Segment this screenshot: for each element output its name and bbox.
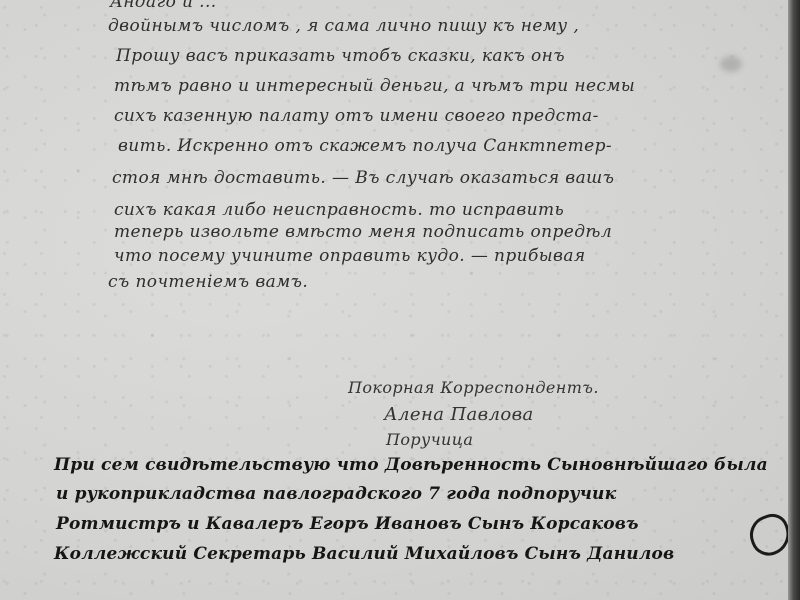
signature-title: Поручица bbox=[386, 430, 473, 449]
ink-stain bbox=[720, 56, 742, 72]
page-edge bbox=[788, 0, 800, 600]
body-line-4: сихъ казенную палату отъ имени своего пр… bbox=[114, 106, 599, 126]
body-line-3: тѣмъ равно и интересный деньги, а чѣмъ т… bbox=[114, 76, 635, 96]
attestation-line-3: Коллежский Секретарь Василий Михайловъ С… bbox=[54, 544, 674, 564]
signature-closing: Покорная Корреспондентъ. bbox=[348, 378, 599, 397]
body-line-9: что посему учините оправить кудо. — приб… bbox=[114, 246, 586, 266]
body-line-6: стоя мнѣ доставить. — Въ случаѣ оказатьс… bbox=[112, 168, 614, 188]
attestation-line-2: Ротмистръ и Кавалеръ Егоръ Ивановъ Сынъ … bbox=[56, 514, 639, 534]
document-page: Андаго и ... двойнымъ числомъ , я сама л… bbox=[0, 0, 788, 600]
body-line-2: Прошу васъ приказать чтобъ сказки, какъ … bbox=[116, 46, 565, 66]
body-line-1: двойнымъ числомъ , я сама лично пишу къ … bbox=[108, 16, 579, 36]
body-line-5: вить. Искренно отъ скажемъ получа Санктп… bbox=[118, 136, 612, 156]
body-line-0: Андаго и ... bbox=[110, 0, 217, 12]
signature-name: Алена Павлова bbox=[384, 404, 534, 425]
attestation-line-1: и рукоприкладства павлоградского 7 года … bbox=[56, 484, 616, 504]
attestation-line-0: При сем свидѣтельствую что Довѣренность … bbox=[54, 455, 768, 475]
body-line-7: сихъ какая либо неисправность. то исправ… bbox=[114, 200, 564, 220]
body-line-10: съ почтеніемъ вамъ. bbox=[108, 272, 308, 292]
body-line-8: теперь извольте вмѣсто меня подписать оп… bbox=[114, 222, 612, 242]
